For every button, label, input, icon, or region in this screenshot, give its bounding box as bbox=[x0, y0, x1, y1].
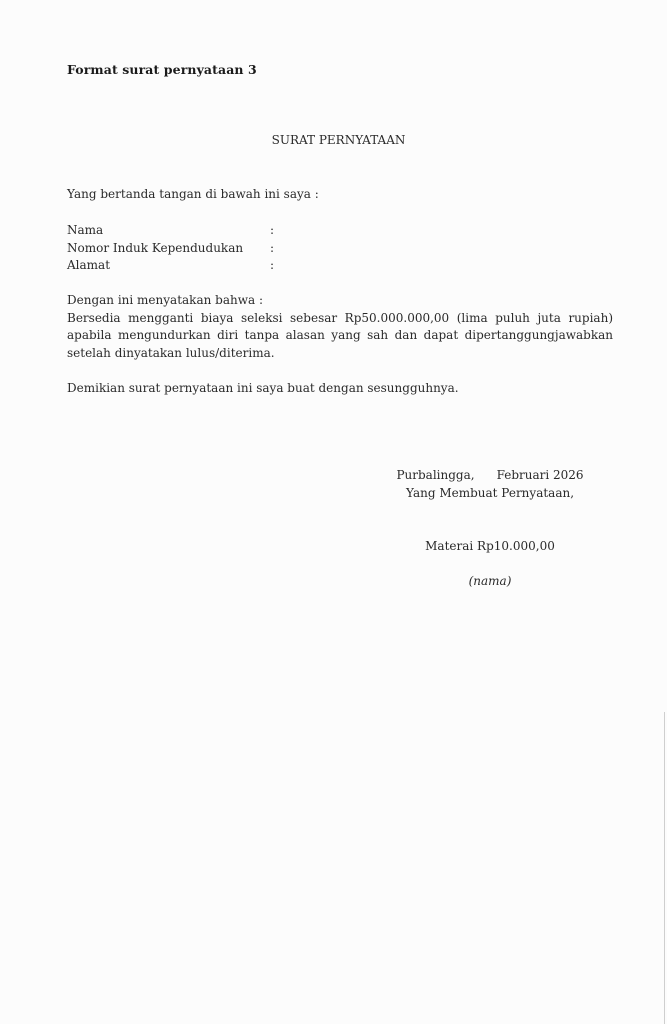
statement-lead: Dengan ini menyatakan bahwa : bbox=[67, 292, 613, 310]
field-separator: : bbox=[270, 240, 280, 258]
field-separator: : bbox=[270, 257, 280, 275]
format-heading: Format surat pernyataan 3 bbox=[67, 62, 257, 77]
field-separator: : bbox=[270, 222, 280, 240]
field-label: Nomor Induk Kependudukan bbox=[67, 240, 270, 258]
signature-place: Purbalingga, bbox=[396, 468, 474, 482]
field-row-alamat: Alamat : bbox=[67, 257, 280, 275]
statement-section: Dengan ini menyatakan bahwa : Bersedia m… bbox=[67, 292, 613, 362]
closing-text: Demikian surat pernyataan ini saya buat … bbox=[67, 380, 459, 398]
field-row-nama: Nama : bbox=[67, 222, 280, 240]
intro-text: Yang bertanda tangan di bawah ini saya : bbox=[67, 186, 319, 204]
document-page: Format surat pernyataan 3 SURAT PERNYATA… bbox=[0, 0, 667, 1024]
identity-fields: Nama : Nomor Induk Kependudukan : Alamat… bbox=[67, 222, 280, 275]
signer-label: Yang Membuat Pernyataan, bbox=[370, 485, 610, 503]
field-label: Alamat bbox=[67, 257, 270, 275]
signature-block: Purbalingga,Februari 2026 Yang Membuat P… bbox=[370, 467, 610, 502]
document-title: SURAT PERNYATAAN bbox=[0, 133, 667, 147]
field-row-nik: Nomor Induk Kependudukan : bbox=[67, 240, 280, 258]
place-date: Purbalingga,Februari 2026 bbox=[370, 467, 610, 485]
scan-edge-line bbox=[664, 712, 665, 1024]
stamp-duty-label: Materai Rp10.000,00 bbox=[370, 539, 610, 553]
field-label: Nama bbox=[67, 222, 270, 240]
signer-name-placeholder: (nama) bbox=[370, 574, 610, 588]
signature-date: Februari 2026 bbox=[497, 468, 584, 482]
statement-body: Bersedia mengganti biaya seleksi sebesar… bbox=[67, 310, 613, 363]
